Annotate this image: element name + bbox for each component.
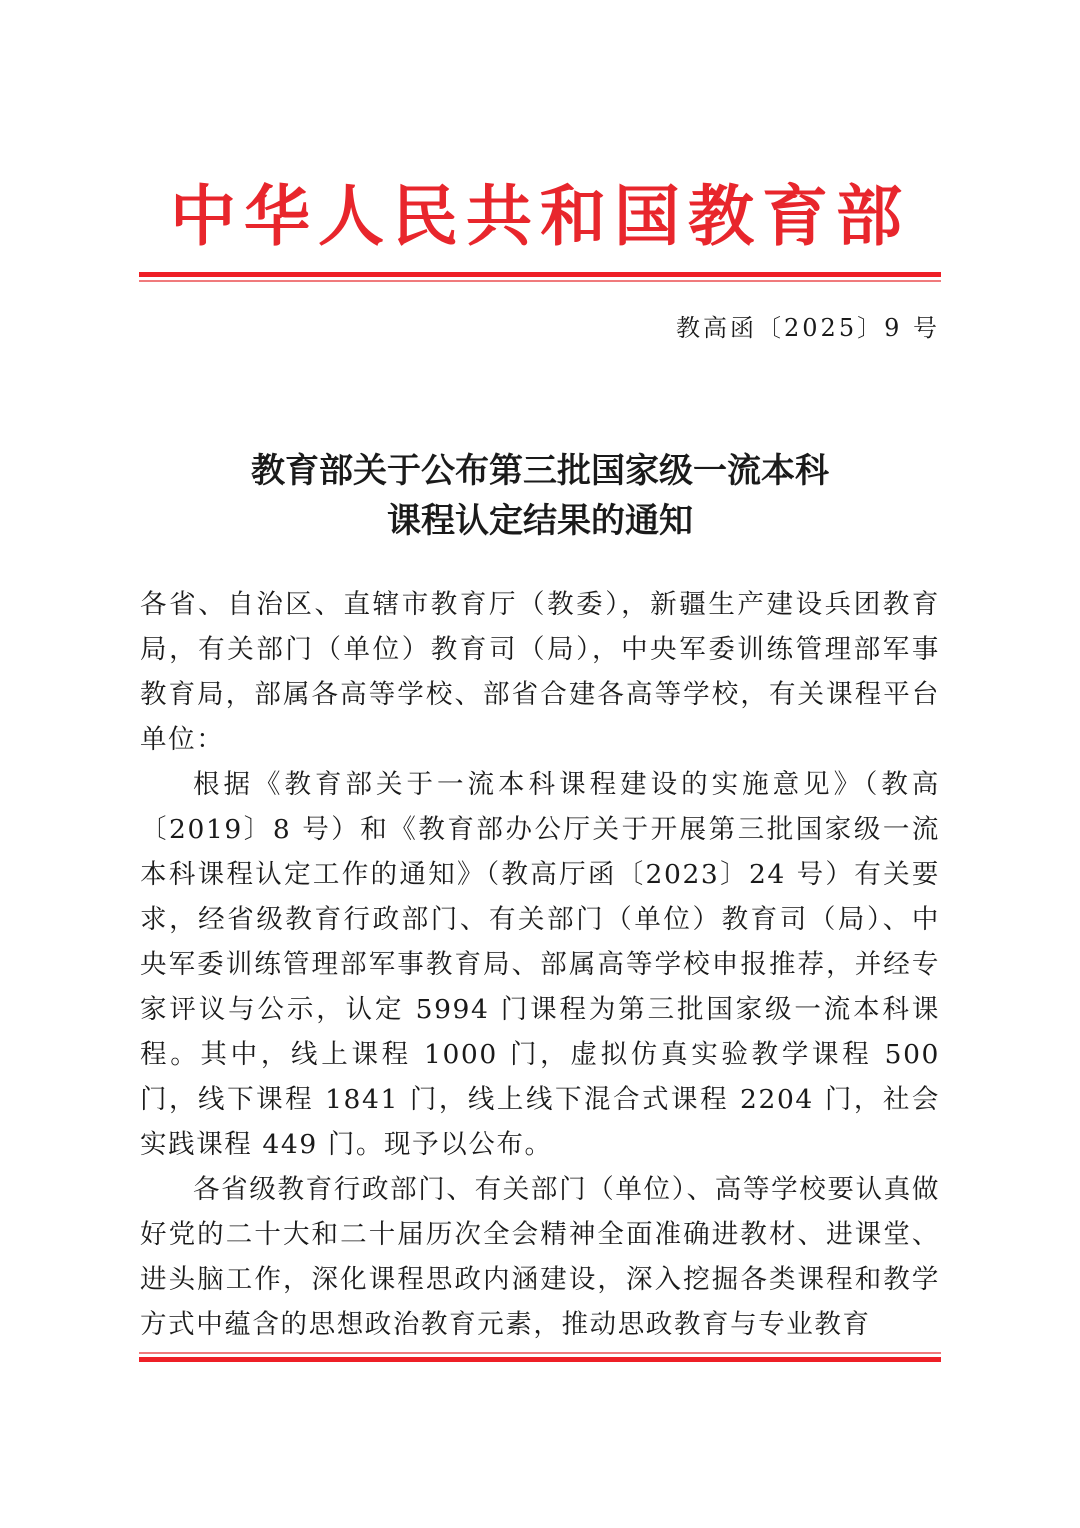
footer-rule-thick (139, 1357, 941, 1362)
document-body: 各省、自治区、直辖市教育厅（教委），新疆生产建设兵团教育局，有关部门（单位）教育… (140, 582, 940, 1347)
paragraph-1: 根据《教育部关于一流本科课程建设的实施意见》（教高〔2019〕8 号）和《教育部… (140, 762, 940, 1167)
salutation: 各省、自治区、直辖市教育厅（教委），新疆生产建设兵团教育局，有关部门（单位）教育… (140, 582, 940, 762)
document-title: 教育部关于公布第三批国家级一流本科 课程认定结果的通知 (140, 446, 940, 546)
footer-rule-thin (139, 1352, 941, 1354)
title-line-2: 课程认定结果的通知 (140, 496, 940, 546)
document-number: 教高函〔2025〕9 号 (676, 310, 940, 346)
masthead-title: 中华人民共和国教育部 (140, 176, 940, 256)
header-rule-thin (139, 280, 941, 282)
paragraph-2: 各省级教育行政部门、有关部门（单位）、高等学校要认真做好党的二十大和二十届历次全… (140, 1167, 940, 1347)
document-page: 中华人民共和国教育部 教高函〔2025〕9 号 教育部关于公布第三批国家级一流本… (0, 0, 1080, 1528)
title-line-1: 教育部关于公布第三批国家级一流本科 (140, 446, 940, 496)
header-rule-thick (139, 272, 941, 277)
